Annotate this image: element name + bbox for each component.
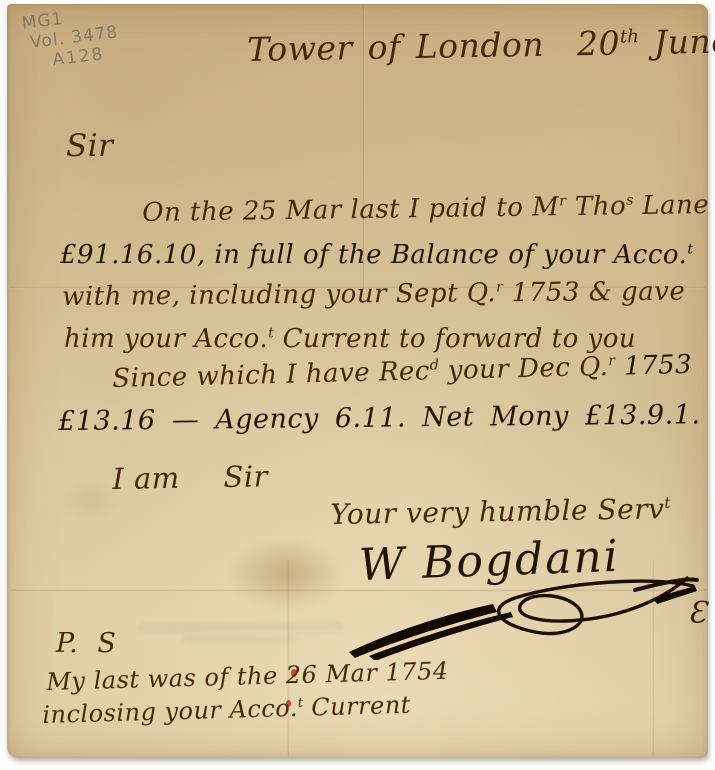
body-text: On the 25 Mar last I paid to M <box>142 192 559 228</box>
valediction: Your very humble Servt <box>330 492 671 531</box>
closing-iam: I am <box>112 461 180 496</box>
body-text: Lane <box>633 190 709 221</box>
docket-mark: Ɛ <box>688 596 707 631</box>
signature-flourish <box>335 568 705 660</box>
superscript: t <box>664 494 671 512</box>
body-text: him your Acco. <box>64 324 268 354</box>
body-line-2: £91.16.10, in full of the Balance of you… <box>60 240 693 270</box>
body-text: £91.16.10, in full of the Balance of you… <box>60 240 687 270</box>
superscript: t <box>687 241 693 257</box>
body-line-3: with me, including your Sept Q.r 1753 & … <box>62 277 685 312</box>
archive-reference-note: MG1 Vol. 3478 A128 <box>21 2 122 73</box>
body-text: 1753 <box>615 350 693 382</box>
salutation: Sir <box>66 128 113 164</box>
body-text: 1753 & gave <box>503 277 686 309</box>
body-text: with me, including your Sept Q. <box>62 278 496 312</box>
body-text: Current to forward to you <box>274 324 636 354</box>
superscript: d <box>430 357 440 373</box>
dateline-place: Tower of London <box>247 25 544 69</box>
dateline-month: June <box>654 22 715 62</box>
body-text: Tho <box>566 191 626 222</box>
stamp-line <box>183 635 296 644</box>
dateline-ordinal: th <box>620 26 639 47</box>
body-text: your Dec Q. <box>439 352 609 386</box>
stamp-line <box>138 623 343 632</box>
dateline-day: 20 <box>577 23 621 63</box>
faint-archive-stamp <box>138 620 343 658</box>
body-line-4: him your Acco.t Current to forward to yo… <box>64 324 636 354</box>
valediction-text: Your very humble Serv <box>330 492 665 531</box>
closing-sir: Sir <box>223 459 268 494</box>
postscript-label: P. S <box>56 628 116 659</box>
scanned-letter-image: MG1 Vol. 3478 A128 Tower of London 20th … <box>0 0 715 770</box>
closing-line: I am Sir <box>112 459 268 496</box>
postscript-text: Current <box>303 691 411 722</box>
